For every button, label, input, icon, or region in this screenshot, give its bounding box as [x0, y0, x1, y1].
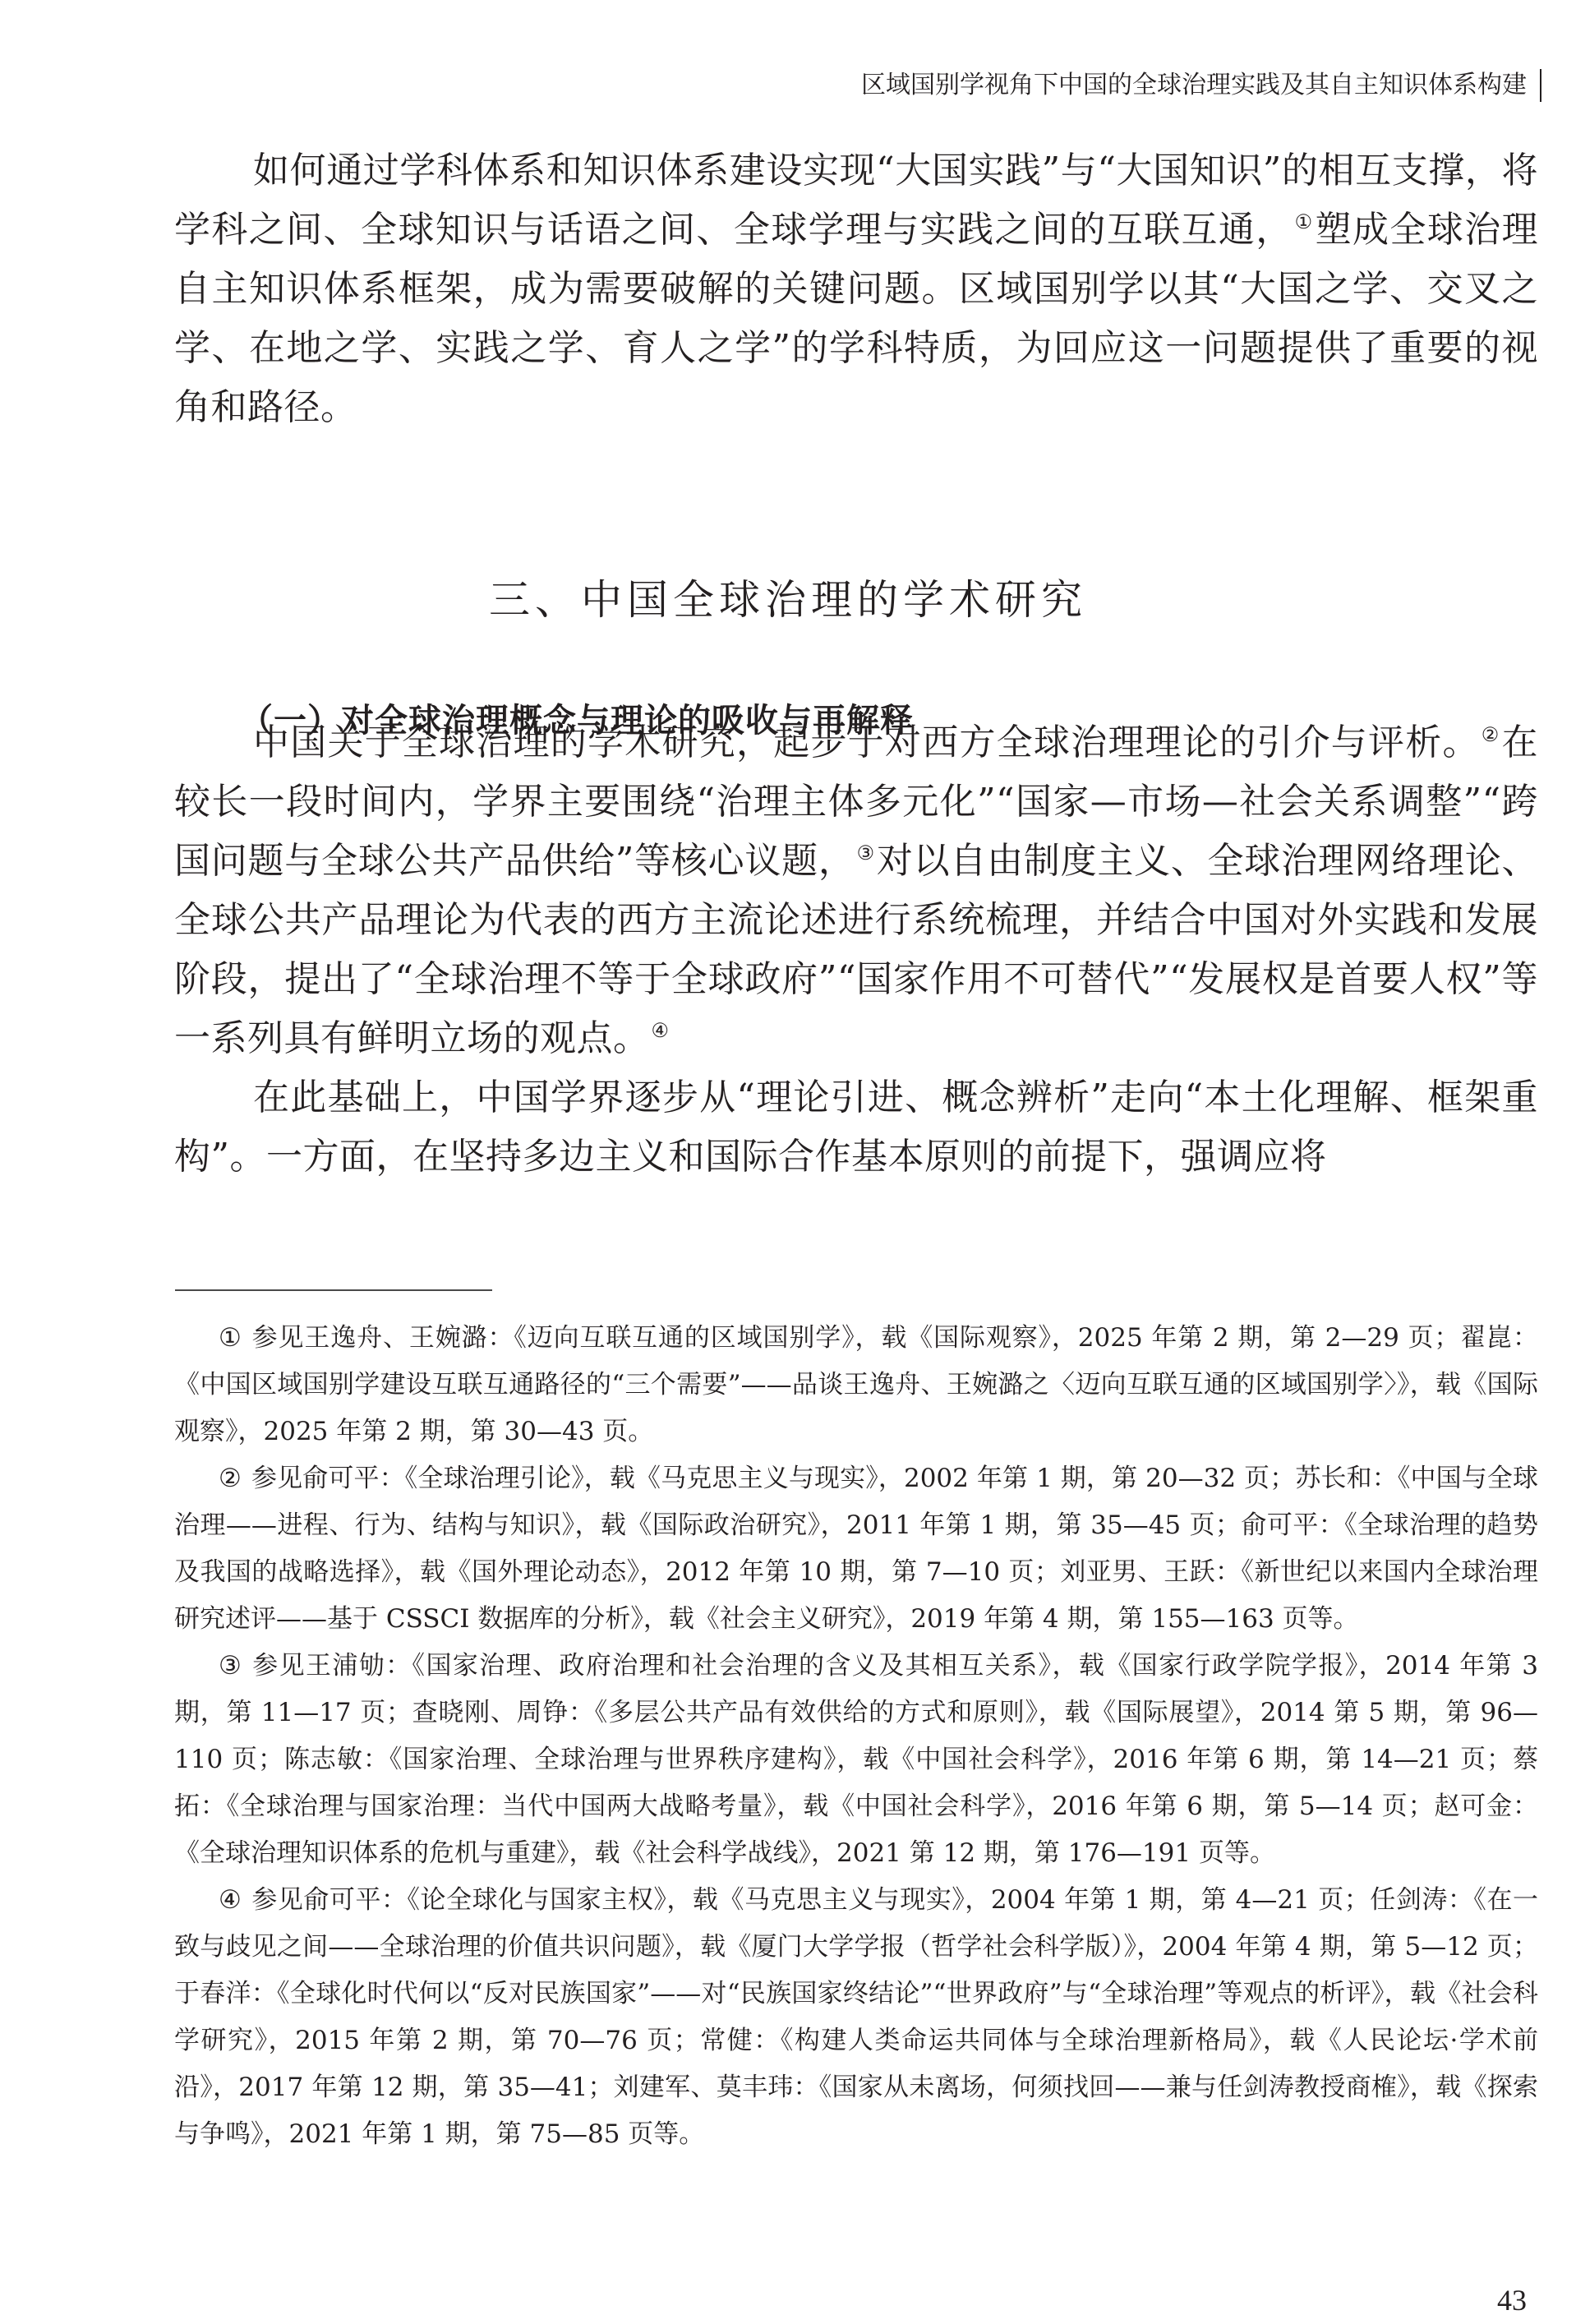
footnote-1: ①参见王逸舟、王婉潞：《迈向互联互通的区域国别学》，载《国际观察》，2025 年…: [174, 1315, 1538, 1455]
main-paragraphs: 中国关于全球治理的学术研究，起步于对西方全球治理理论的引介与评析。②在较长一段时…: [174, 713, 1538, 1187]
section-title: 三、中国全球治理的学术研究: [0, 567, 1576, 626]
running-head-divider: [1540, 69, 1541, 102]
running-head-title: 区域国别学视角下中国的全球治理实践及其自主知识体系构建: [861, 69, 1527, 102]
intro-paragraph-block: 如何通过学科体系和知识体系建设实现“大国实践”与“大国知识”的相互支撑，将学科之…: [174, 141, 1538, 437]
footnotes: ①参见王逸舟、王婉潞：《迈向互联互通的区域国别学》，载《国际观察》，2025 年…: [174, 1315, 1538, 2158]
paragraph-text: 在此基础上，中国学界逐步从“理论引进、概念辨析”走向“本土化理解、框架重构”。一…: [174, 1077, 1538, 1178]
footnote-number: ①: [219, 1323, 242, 1353]
page-number: 43: [1497, 2283, 1527, 2317]
running-head: 区域国别学视角下中国的全球治理实践及其自主知识体系构建: [861, 69, 1541, 102]
footnote-2: ②参见俞可平：《全球治理引论》，载《马克思主义与现实》，2002 年第 1 期，…: [174, 1455, 1538, 1643]
footnote-divider: [175, 1289, 492, 1291]
footnote-ref-1[interactable]: ①: [1295, 210, 1314, 233]
body-paragraph-2: 在此基础上，中国学界逐步从“理论引进、概念辨析”走向“本土化理解、框架重构”。一…: [174, 1068, 1538, 1187]
footnote-3: ③参见王浦劬：《国家治理、政府治理和社会治理的含义及其相互关系》，载《国家行政学…: [174, 1643, 1538, 1877]
footnote-ref-3[interactable]: ③: [857, 842, 875, 865]
footnote-ref-4[interactable]: ④: [652, 1019, 670, 1042]
intro-paragraph: 如何通过学科体系和知识体系建设实现“大国实践”与“大国知识”的相互支撑，将学科之…: [174, 141, 1538, 437]
paragraph-text: 中国关于全球治理的学术研究，起步于对西方全球治理理论的引介与评析。: [253, 722, 1480, 763]
footnote-ref-2[interactable]: ②: [1482, 723, 1500, 746]
footnote-number: ③: [219, 1651, 242, 1681]
body-paragraph-1: 中国关于全球治理的学术研究，起步于对西方全球治理理论的引介与评析。②在较长一段时…: [174, 713, 1538, 1068]
footnote-text: 参见俞可平：《全球治理引论》，载《马克思主义与现实》，2002 年第 1 期，第…: [174, 1464, 1538, 1634]
footnote-text: 参见俞可平：《论全球化与国家主权》，载《马克思主义与现实》，2004 年第 1 …: [174, 1885, 1538, 2149]
footnote-4: ④参见俞可平：《论全球化与国家主权》，载《马克思主义与现实》，2004 年第 1…: [174, 1877, 1538, 2158]
footnote-text: 参见王逸舟、王婉潞：《迈向互联互通的区域国别学》，载《国际观察》，2025 年第…: [174, 1323, 1538, 1446]
footnote-number: ②: [219, 1464, 242, 1493]
footnote-text: 参见王浦劬：《国家治理、政府治理和社会治理的含义及其相互关系》，载《国家行政学院…: [174, 1651, 1538, 1868]
footnote-number: ④: [219, 1885, 242, 1915]
